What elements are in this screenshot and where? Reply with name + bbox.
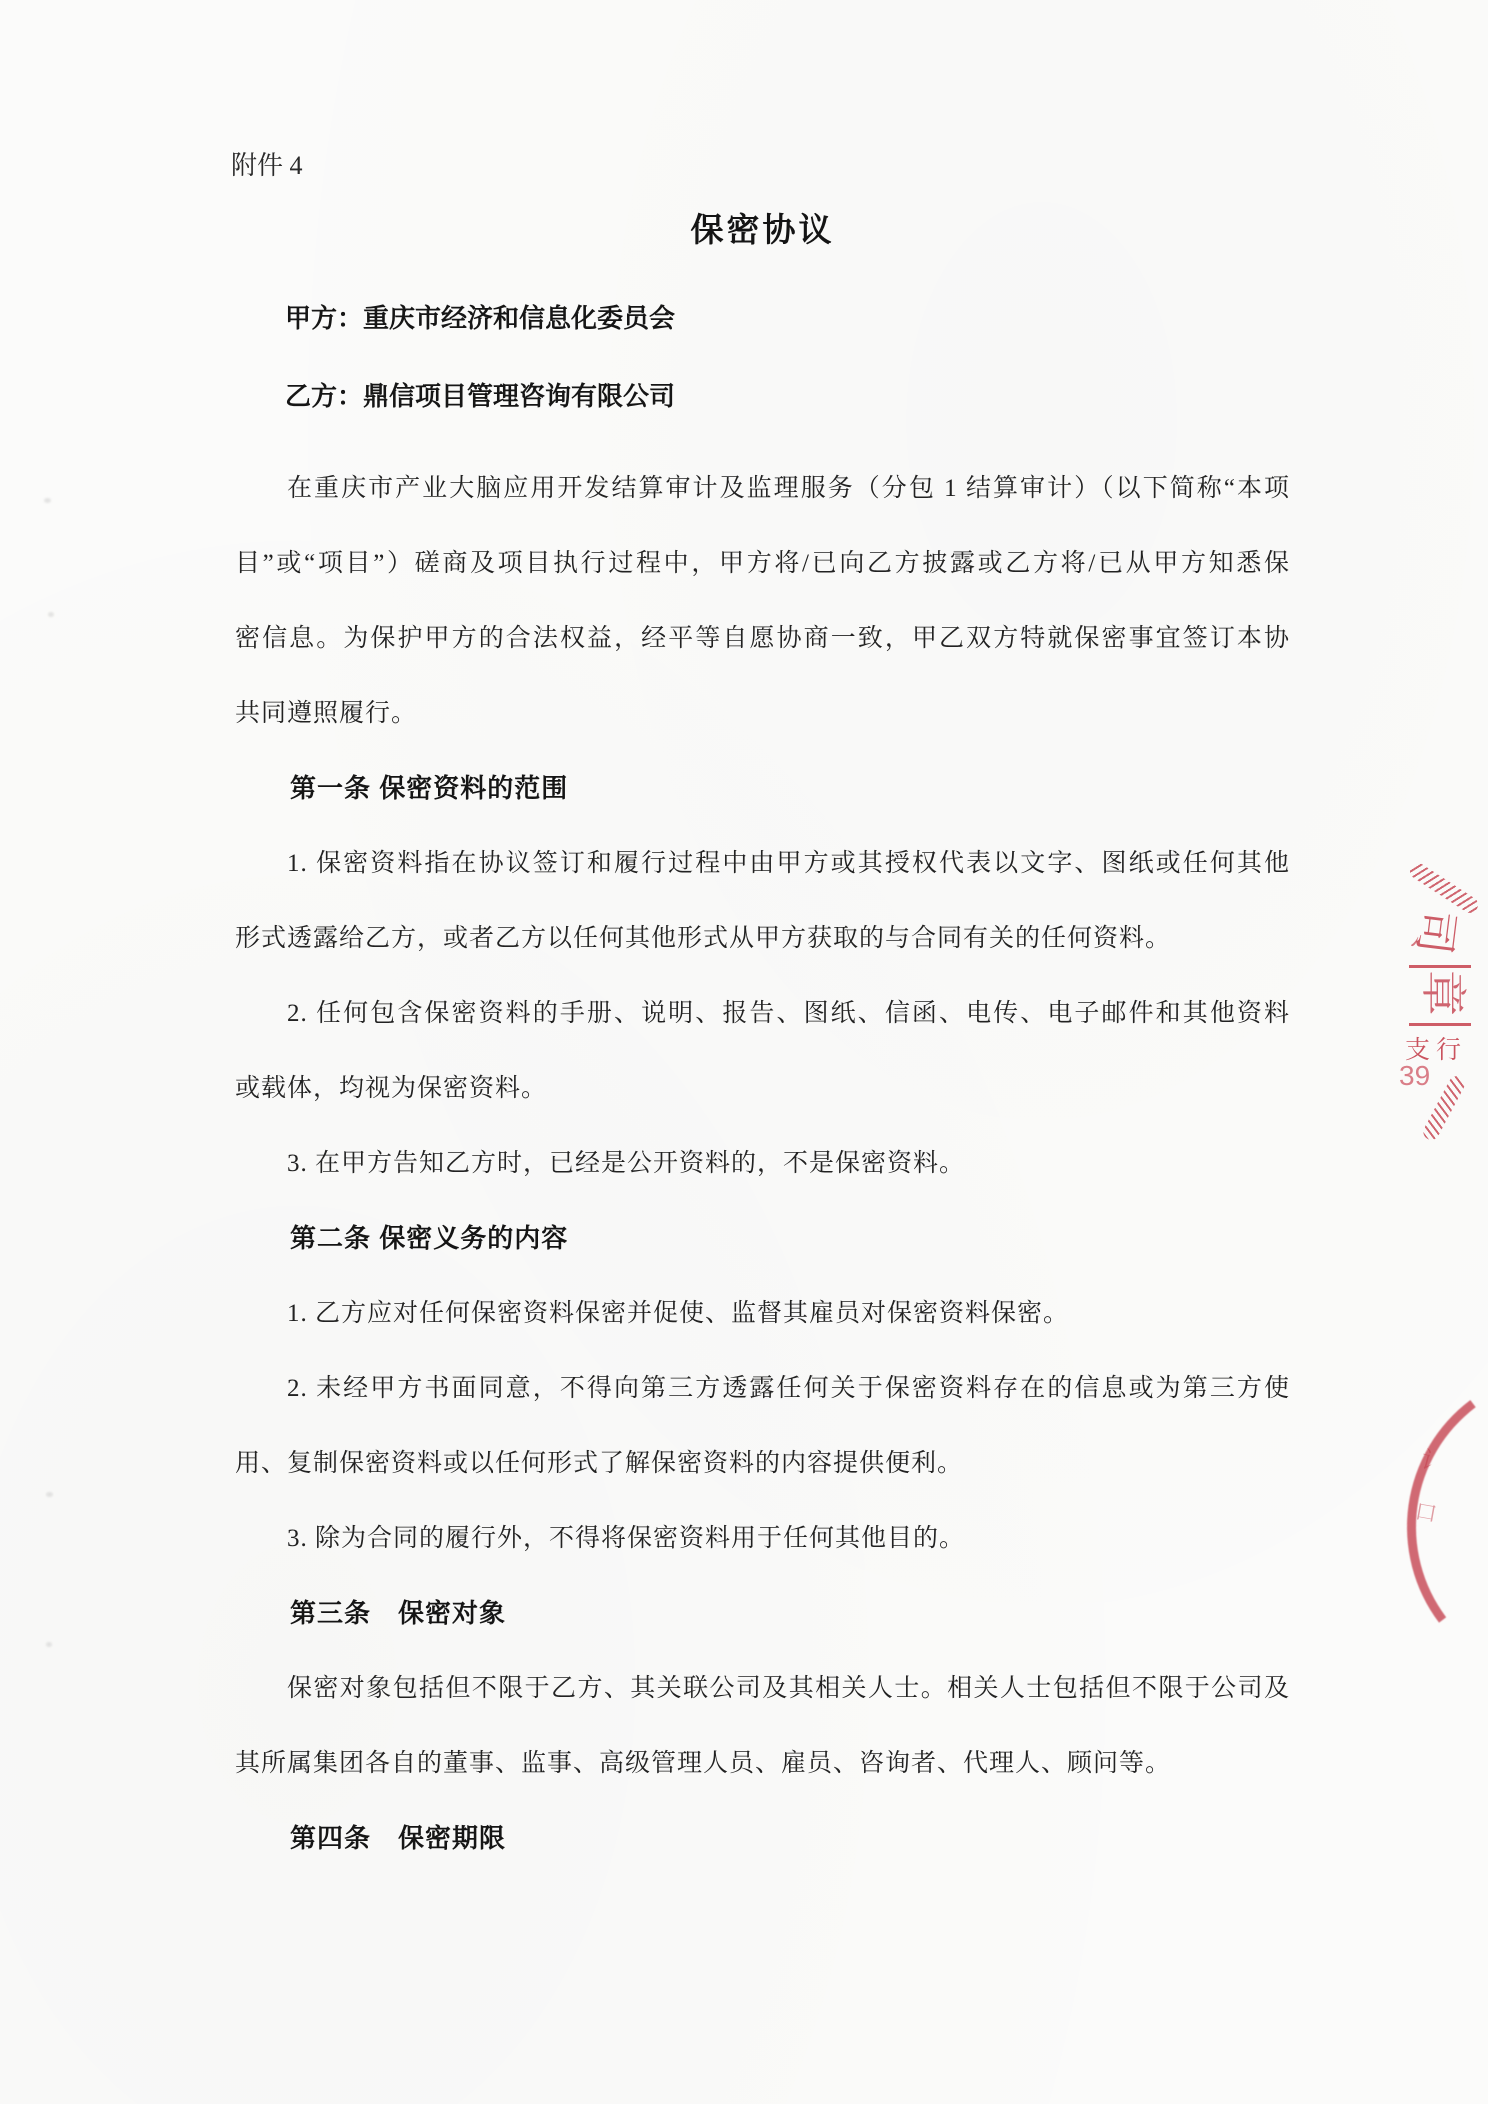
attachment-label: 附件 4 — [231, 148, 1290, 184]
section-heading-4: 第四条 保密期限 — [235, 1801, 1290, 1876]
body-line: 用、复制保密资料或以任何形式了解保密资料的内容提供便利。 — [235, 1426, 1290, 1501]
stamp-faint-character: 口 — [1412, 1494, 1439, 1528]
stamp-hatched-arc-icon — [1421, 1073, 1468, 1142]
section-heading-3: 第三条 保密对象 — [235, 1576, 1290, 1651]
stamp-branch-label: 支行 — [1405, 1030, 1467, 1066]
scanned-document-page: 附件 4 保密协议 甲方：重庆市经济和信息化委员会 乙方：鼎信项目管理咨询有限公… — [0, 0, 1488, 2104]
stamp-circle-arc-icon — [1386, 1347, 1488, 1706]
body-line: 形式透露给乙方，或者乙方以任何其他形式从甲方获取的与合同有关的任何资料。 — [235, 901, 1290, 976]
body-line: 在重庆市产业大脑应用开发结算审计及监理服务（分包 1 结算审计）（以下简称“本项 — [235, 451, 1290, 526]
document-body: 在重庆市产业大脑应用开发结算审计及监理服务（分包 1 结算审计）（以下简称“本项… — [235, 451, 1290, 1876]
body-line: 其所属集团各自的董事、监事、高级管理人员、雇员、咨询者、代理人、顾问等。 — [235, 1726, 1290, 1801]
stamp-character: 司 — [1410, 907, 1459, 956]
document-content: 附件 4 保密协议 甲方：重庆市经济和信息化委员会 乙方：鼎信项目管理咨询有限公… — [235, 0, 1290, 1876]
red-seal-stamp-partial: 丶 司 章 支行 39 — [1395, 868, 1488, 1140]
section-heading-1: 第一条 保密资料的范围 — [235, 751, 1290, 826]
body-line: 密信息。为保护甲方的合法权益，经平等自愿协商一致，甲乙双方特就保密事宜签订本协议… — [235, 601, 1290, 676]
body-line: 3. 在甲方告知乙方时，已经是公开资料的，不是保密资料。 — [235, 1126, 1290, 1201]
scan-smudge — [46, 1642, 52, 1647]
body-line: 或载体，均视为保密资料。 — [235, 1051, 1290, 1126]
party-a-line: 甲方：重庆市经济和信息化委员会 — [285, 300, 1290, 336]
stamp-number: 39 — [1399, 1060, 1430, 1092]
body-line: 目”或“项目”）磋商及项目执行过程中，甲方将/已向乙方披露或乙方将/已从甲方知悉… — [235, 526, 1290, 601]
stamp-hatched-arc-icon — [1407, 860, 1481, 916]
document-title: 保密协议 — [235, 208, 1290, 252]
body-line: 2. 任何包含保密资料的手册、说明、报告、图纸、信函、电传、电子邮件和其他资料 — [235, 976, 1290, 1051]
scan-smudge — [48, 612, 54, 617]
body-line: 2. 未经甲方书面同意，不得向第三方透露任何关于保密资料存在的信息或为第三方使 — [235, 1351, 1290, 1426]
party-b-line: 乙方：鼎信项目管理咨询有限公司 — [285, 378, 1290, 414]
scan-smudge — [46, 1492, 53, 1497]
stamp-faint-character: 讠 — [1417, 1439, 1449, 1479]
body-line: 3. 除为合同的履行外，不得将保密资料用于任何其他目的。 — [235, 1501, 1290, 1576]
body-line: 1. 保密资料指在协议签订和履行过程中由甲方或其授权代表以文字、图纸或任何其他 — [235, 826, 1290, 901]
body-line: 1. 乙方应对任何保密资料保密并促使、监督其雇员对保密资料保密。 — [235, 1276, 1290, 1351]
scan-smudge — [44, 498, 51, 503]
body-line: 保密对象包括但不限于乙方、其关联公司及其相关人士。相关人士包括但不限于公司及 — [235, 1651, 1290, 1726]
stamp-divider-line — [1409, 1023, 1471, 1026]
stamp-divider-line — [1409, 965, 1471, 968]
stamp-stroke-icon: 丶 — [1397, 928, 1431, 955]
stamp-character: 章 — [1419, 970, 1465, 1016]
body-line: 共同遵照履行。 — [235, 676, 1290, 751]
section-heading-2: 第二条 保密义务的内容 — [235, 1201, 1290, 1276]
red-seal-arc-partial: 讠 口 — [1395, 1400, 1488, 1610]
